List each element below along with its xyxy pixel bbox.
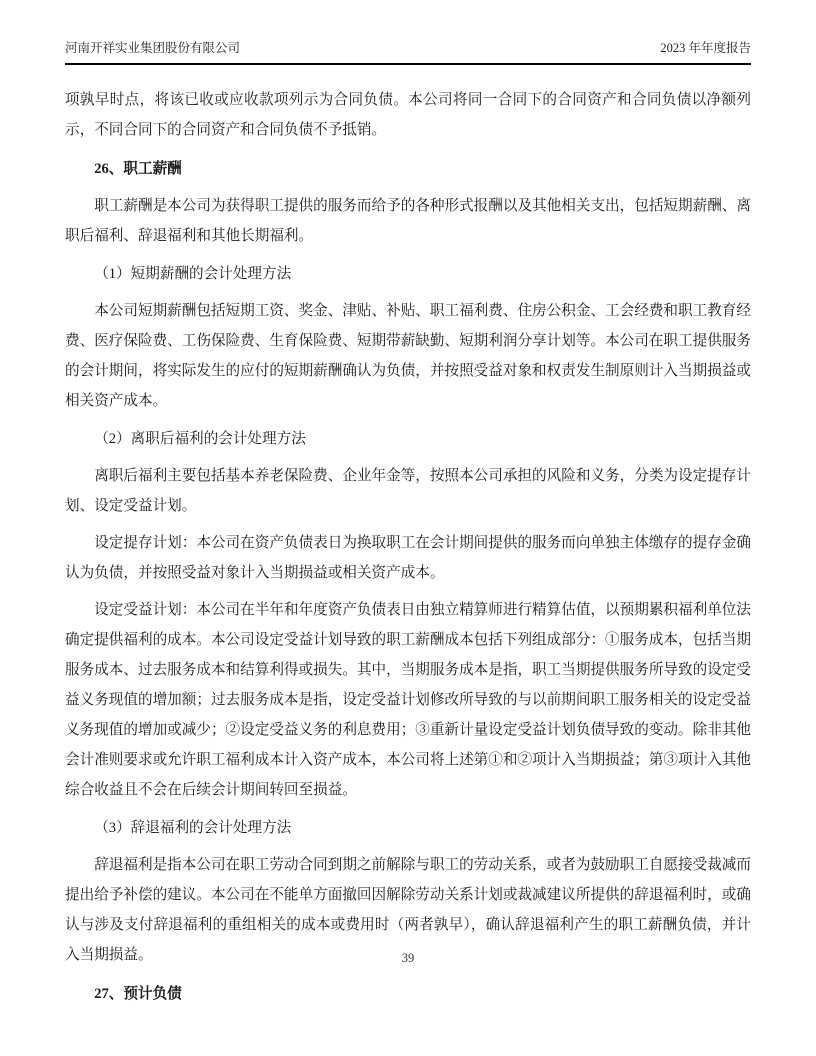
header-company-name: 河南开祥实业集团股份有限公司 xyxy=(65,38,240,56)
section-heading-estimated-liabilities: 27、预计负债 xyxy=(65,979,751,1009)
short-term-compensation-paragraph: 本公司短期薪酬包括短期工资、奖金、津贴、补贴、职工福利费、住房公积金、工会经费和… xyxy=(65,296,751,416)
subheading-short-term-compensation: （1）短期薪酬的会计处理方法 xyxy=(65,259,751,289)
header-report-title: 2023 年年度报告 xyxy=(660,38,751,56)
defined-benefit-plan-paragraph: 设定受益计划：本公司在半年和年度资产负债表日由独立精算师进行精算估值，以预期累积… xyxy=(65,595,751,805)
document-body: 项孰早时点，将该已收或应收款项列示为合同负债。本公司将同一合同下的合同资产和合同… xyxy=(65,85,751,1009)
subheading-post-employment-benefits: （2）离职后福利的会计处理方法 xyxy=(65,424,751,454)
section-heading-employee-compensation: 26、职工薪酬 xyxy=(65,154,751,184)
page-number: 39 xyxy=(0,951,816,966)
document-page: 河南开祥实业集团股份有限公司 2023 年年度报告 项孰早时点，将该已收或应收款… xyxy=(0,0,816,1056)
defined-contribution-plan-paragraph: 设定提存计划：本公司在资产负债表日为换取职工在会计期间提供的服务而向单独主体缴存… xyxy=(65,528,751,588)
post-employment-benefits-paragraph: 离职后福利主要包括基本养老保险费、企业年金等，按照本公司承担的风险和义务，分类为… xyxy=(65,461,751,521)
employee-compensation-intro-paragraph: 职工薪酬是本公司为获得职工提供的服务而给予的各种形式报酬以及其他相关支出，包括短… xyxy=(65,191,751,251)
contract-liability-continuation-paragraph: 项孰早时点，将该已收或应收款项列示为合同负债。本公司将同一合同下的合同资产和合同… xyxy=(65,85,751,145)
subheading-termination-benefits: （3）辞退福利的会计处理方法 xyxy=(65,813,751,843)
page-header: 河南开祥实业集团股份有限公司 2023 年年度报告 xyxy=(65,38,751,65)
